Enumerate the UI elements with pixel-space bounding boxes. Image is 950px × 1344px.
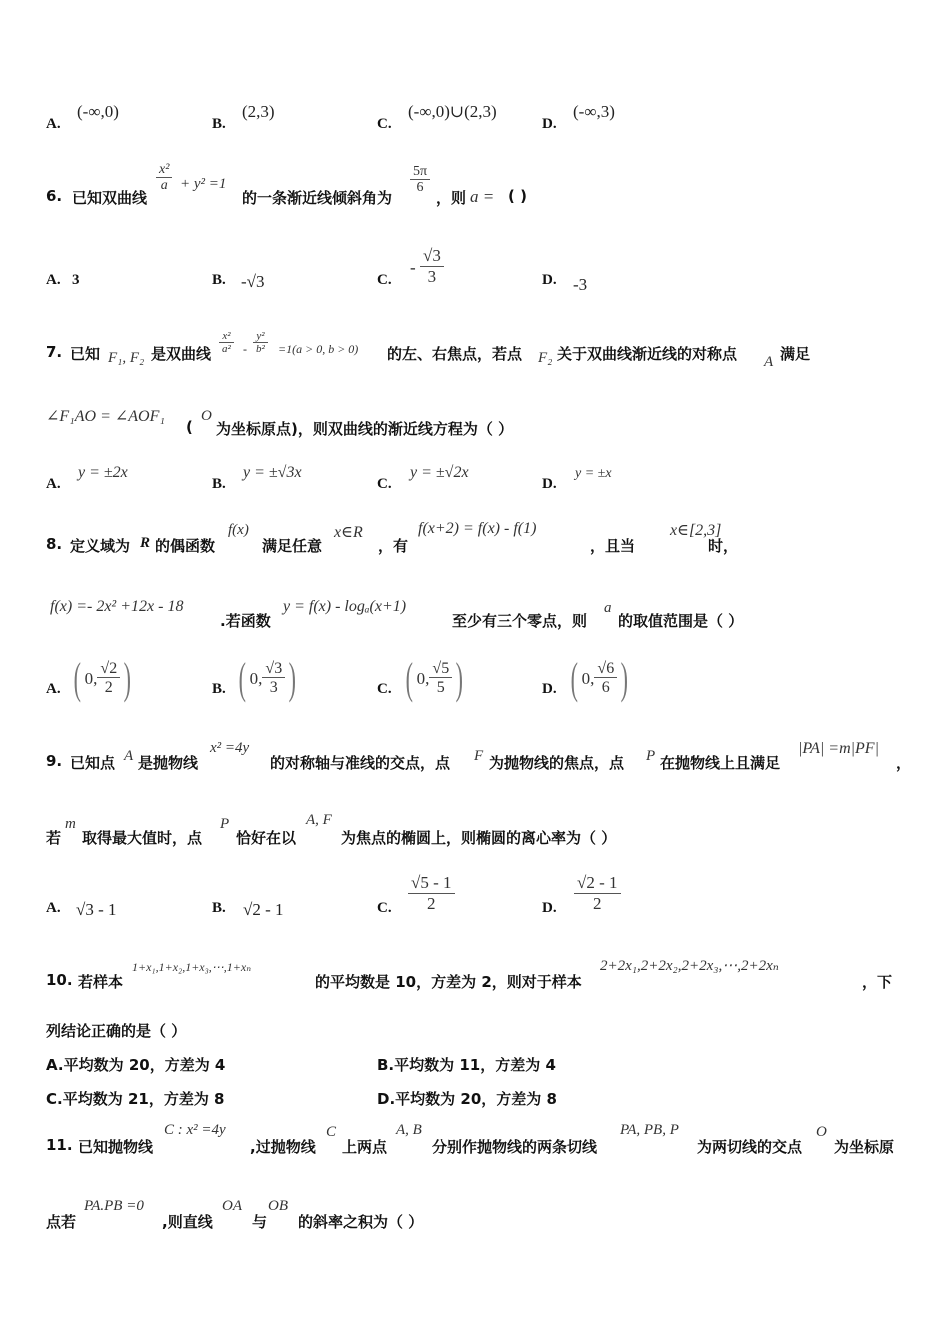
q9-point-f: F — [474, 748, 483, 765]
q6-option-b-value: -√3 — [241, 272, 265, 292]
q10-option-d: D.平均数为 20，方差为 8 — [377, 1088, 557, 1109]
q8-text-8: 至少有三个零点，则 — [452, 610, 587, 631]
q9-variable-m: m — [65, 816, 76, 833]
q8-text-2: 的偶函数 — [155, 535, 215, 556]
q11-text-3: 上两点 — [342, 1136, 387, 1157]
q9-point-p-2: P — [220, 816, 229, 833]
q9-text-3: 的对称轴与准线的交点，点 — [270, 752, 450, 773]
q7-text-4: 关于双曲线渐近线的对称点 — [557, 343, 737, 364]
q9-text-2: 是抛物线 — [138, 752, 198, 773]
q7-equation-minus: - — [243, 342, 247, 357]
q11-number: 11. — [46, 1136, 73, 1154]
q5-option-d-label: D. — [542, 116, 557, 133]
q8-y-function: y = f(x) - logₐ(x+1) — [283, 598, 406, 616]
q7-option-d-label: D. — [542, 476, 557, 493]
q7-origin-o: O — [201, 408, 212, 425]
q6-option-a-value: 3 — [72, 272, 80, 289]
q11-text-4: 分别作抛物线的两条切线 — [432, 1136, 597, 1157]
q9-parabola-equation: x² =4y — [210, 740, 249, 757]
q7-option-c-label: C. — [377, 476, 392, 493]
q8-x-in-r: x∈R — [334, 522, 363, 542]
q9-option-b-label: B. — [212, 900, 226, 917]
q8-text-4: ，有 — [378, 535, 408, 556]
q7-option-d-value: y = ±x — [575, 466, 612, 482]
q11-points-ab: A, B — [396, 1122, 422, 1139]
q6-answer-blank: ( ) — [508, 187, 527, 205]
q6-variable-a: a = — [470, 187, 494, 207]
q11-text-1: 已知抛物线 — [78, 1136, 153, 1157]
q9-text-4: 为抛物线的焦点，点 — [489, 752, 624, 773]
q10-option-b: B.平均数为 11，方差为 4 — [377, 1054, 556, 1075]
q10-option-c: C.平均数为 21，方差为 8 — [46, 1088, 224, 1109]
q9-foci-af: A, F — [306, 812, 332, 829]
q8-number: 8. — [46, 535, 62, 553]
q7-text-6: ( — [186, 418, 193, 436]
q8-option-d-interval: (0, √66) — [567, 653, 632, 704]
q8-text-9: 的取值范围是（ ） — [618, 610, 743, 631]
q11-line-ob: OB — [268, 1198, 288, 1215]
q8-option-a-interval: (0, √22) — [70, 653, 135, 704]
q6-equation-rest: + y² =1 — [180, 176, 226, 193]
q7-equation-tail: =1(a > 0, b > 0) — [278, 342, 358, 357]
q11-text-8: ,则直线 — [162, 1211, 213, 1232]
q6-option-b-label: B. — [212, 272, 226, 289]
q8-option-c-interval: (0, √55) — [402, 653, 467, 704]
q6-option-d-value: -3 — [573, 275, 587, 295]
q7-text-2: 是双曲线 — [151, 343, 211, 364]
q6-equation-fraction: x² a — [156, 162, 172, 195]
q6-angle-fraction: 5π 6 — [410, 164, 430, 197]
q7-option-c-value: y = ±√2x — [410, 464, 469, 482]
q10-option-a: A.平均数为 20，方差为 4 — [46, 1054, 225, 1075]
q8-relation: f(x+2) = f(x) - f(1) — [418, 520, 536, 538]
q10-text-1: 若样本 — [78, 971, 123, 992]
q8-fx: f(x) — [228, 522, 249, 539]
q9-text-9: 恰好在以 — [236, 827, 296, 848]
q9-option-d-fraction: √2 - 1 2 — [574, 874, 621, 914]
q7-text-1: 已知 — [70, 343, 100, 364]
q5-option-a-label: A. — [46, 116, 61, 133]
q9-text-8: 取得最大值时，点 — [82, 827, 202, 848]
q7-number: 7. — [46, 343, 62, 361]
q11-text-10: 的斜率之积为（ ） — [298, 1211, 423, 1232]
q6-number: 6. — [46, 187, 62, 205]
q10-text-2: 的平均数是 10，方差为 2，则对于样本 — [315, 971, 582, 992]
q9-text-6: ， — [896, 752, 911, 773]
q10-text-3: ，下 — [862, 971, 892, 992]
q7-text-5: 满足 — [780, 343, 810, 364]
q6-option-c-label: C. — [377, 272, 392, 289]
q7-equation-y-fraction: y² b² — [253, 330, 268, 356]
q9-option-b-value: √2 - 1 — [243, 900, 284, 920]
q11-tangents: PA, PB, P — [620, 1122, 679, 1139]
q11-curve-c: C — [326, 1124, 336, 1141]
q6-option-d-label: D. — [542, 272, 557, 289]
q10-sample-1: 1+x₁,1+x₂,1+x₃,⋯,1+xₙ — [132, 960, 251, 975]
q11-text-5: 为两切线的交点 — [697, 1136, 802, 1157]
q11-text-6: 为坐标原 — [834, 1136, 894, 1157]
q10-number: 10. — [46, 971, 73, 989]
q5-option-c-value: (-∞,0)∪(2,3) — [408, 102, 497, 122]
q7-f2: F₂ — [538, 350, 552, 367]
q7-point-a: A — [764, 354, 773, 371]
q9-relation: |PA| =m|PF| — [798, 740, 879, 758]
q8-set-r: R — [140, 535, 150, 552]
q9-option-d-label: D. — [542, 900, 557, 917]
q6-option-a-label: A. — [46, 272, 61, 289]
q7-option-a-label: A. — [46, 476, 61, 493]
q8-definition: f(x) =- 2x² +12x - 18 — [50, 598, 183, 616]
q11-line-oa: OA — [222, 1198, 242, 1215]
q9-option-a-value: √3 - 1 — [76, 900, 117, 920]
q8-text-3: 满足任意 — [262, 535, 322, 556]
q11-origin-o: O — [816, 1124, 827, 1141]
q6-text-2: 的一条渐近线倾斜角为 — [242, 187, 392, 208]
q8-option-b-interval: (0, √33) — [235, 653, 300, 704]
q8-text-6: 时， — [708, 535, 738, 556]
q9-option-a-label: A. — [46, 900, 61, 917]
q11-text-7: 点若 — [46, 1211, 76, 1232]
q11-text-2: ,过抛物线 — [250, 1136, 316, 1157]
q9-point-p: P — [646, 748, 655, 765]
q9-text-1: 已知点 — [70, 752, 115, 773]
q8-option-a-label: A. — [46, 681, 61, 698]
q9-text-7: 若 — [46, 827, 61, 848]
q8-option-d-label: D. — [542, 681, 557, 698]
q6-option-c-prefix: - — [410, 258, 416, 278]
q10-text-4: 列结论正确的是（ ） — [46, 1020, 186, 1041]
q6-option-c-fraction: √3 3 — [420, 247, 444, 287]
q5-option-a-value: (-∞,0) — [77, 102, 119, 122]
q9-text-5: 在抛物线上且满足 — [660, 752, 780, 773]
q8-option-b-label: B. — [212, 681, 226, 698]
q8-text-1: 定义域为 — [70, 535, 130, 556]
q10-sample-2: 2+2x₁,2+2x₂,2+2x₃,⋯,2+2xₙ — [600, 956, 779, 975]
q7-angle-equation: ∠F₁AO = ∠AOF₁ — [46, 406, 165, 426]
q9-option-c-fraction: √5 - 1 2 — [408, 874, 455, 914]
q7-option-a-value: y = ±2x — [78, 464, 128, 482]
q8-text-7: .若函数 — [220, 610, 271, 631]
q8-variable-a: a — [604, 600, 612, 617]
q9-text-10: 为焦点的椭圆上，则椭圆的离心率为（ ） — [341, 827, 616, 848]
q7-equation-x-fraction: x² a² — [219, 330, 234, 356]
q5-option-d-value: (-∞,3) — [573, 102, 615, 122]
q5-option-c-label: C. — [377, 116, 392, 133]
q9-point-a: A — [124, 748, 133, 765]
q9-number: 9. — [46, 752, 62, 770]
q6-text-1: 已知双曲线 — [72, 187, 147, 208]
q7-text-3: 的左、右焦点，若点 — [387, 343, 522, 364]
q11-text-9: 与 — [252, 1211, 267, 1232]
q9-option-c-label: C. — [377, 900, 392, 917]
q7-foci: F₁, F₂ — [108, 350, 144, 367]
q5-option-b-value: (2,3) — [242, 102, 275, 122]
q11-parabola-equation: C : x² =4y — [164, 1122, 226, 1139]
q7-option-b-value: y = ±√3x — [243, 464, 302, 482]
q7-text-7: 为坐标原点)，则双曲线的渐近线方程为（ ） — [216, 418, 513, 439]
q6-text-3: ，则 — [436, 187, 466, 208]
q5-option-b-label: B. — [212, 116, 226, 133]
q7-option-b-label: B. — [212, 476, 226, 493]
q8-option-c-label: C. — [377, 681, 392, 698]
q8-text-5: ，且当 — [590, 535, 635, 556]
q11-dot-product: PA.PB =0 — [84, 1198, 144, 1215]
